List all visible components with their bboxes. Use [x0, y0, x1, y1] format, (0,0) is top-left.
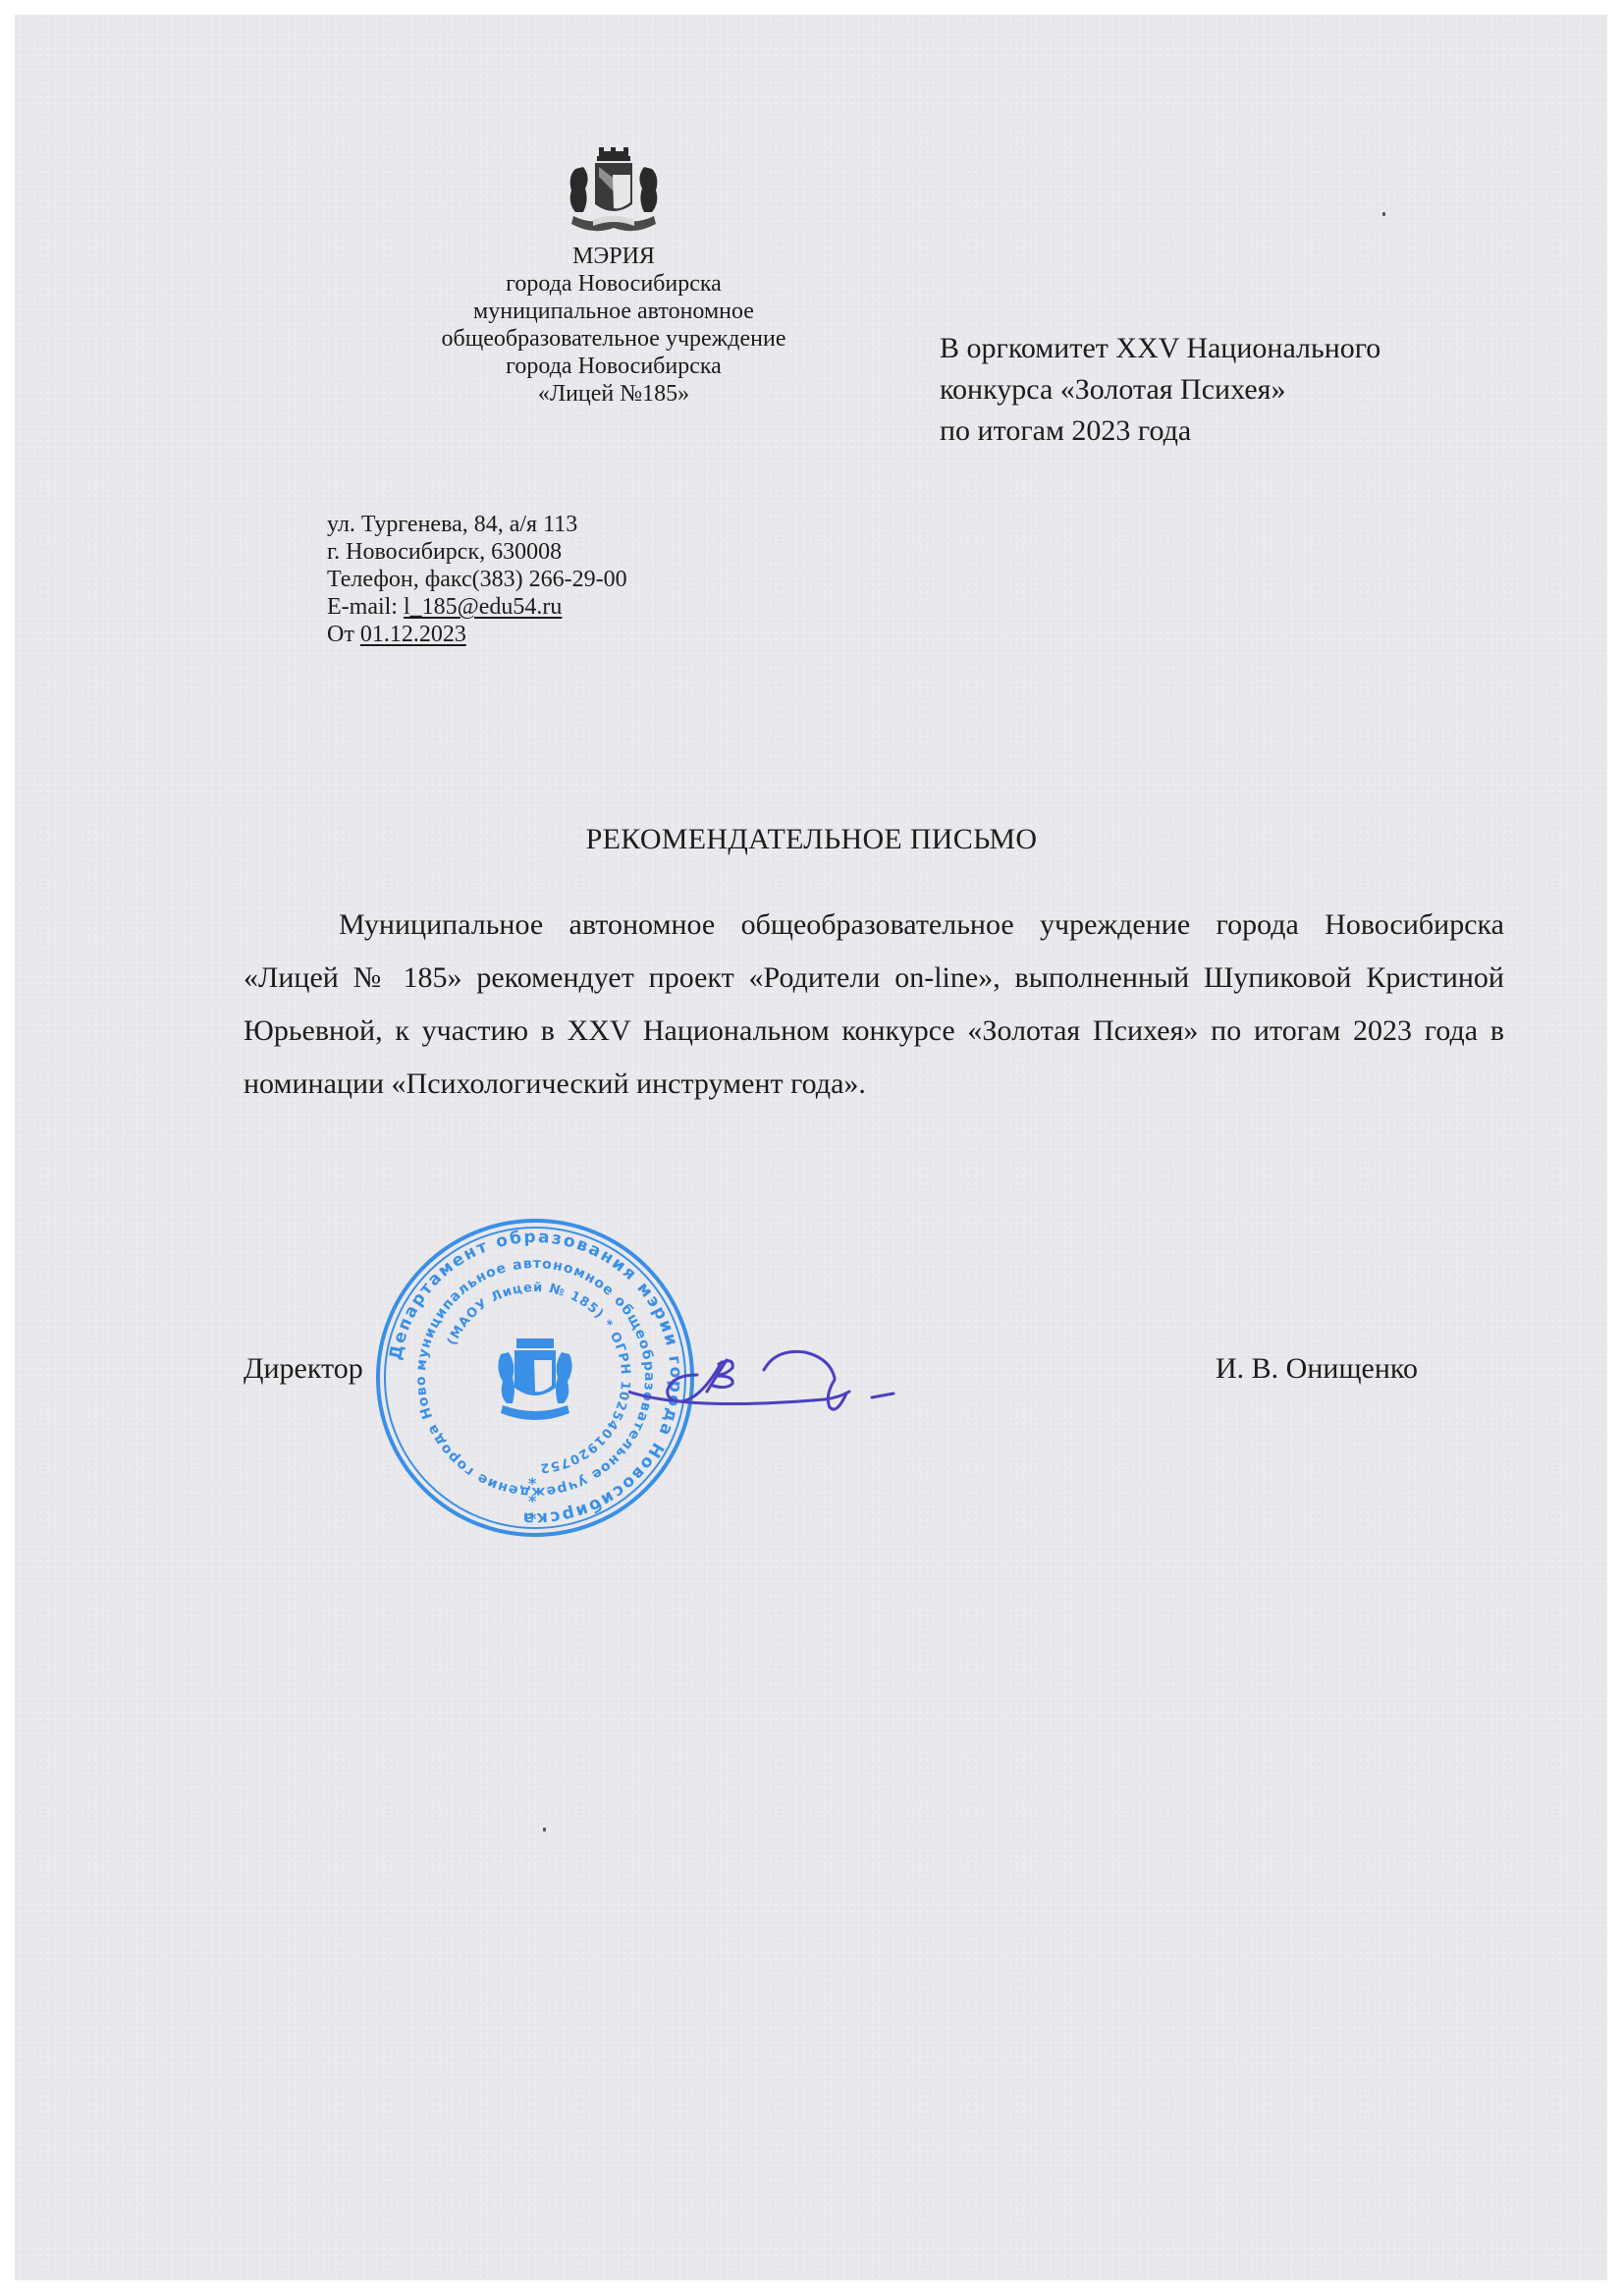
date-label: От — [327, 622, 360, 647]
sender-city: г. Новосибирск, 630008 — [327, 538, 838, 566]
letter-body: Муниципальное автономное общеобразовател… — [243, 899, 1504, 1111]
email-label: E-mail: — [327, 594, 404, 620]
letterhead-line: муниципальное автономное — [334, 298, 893, 325]
letterhead-line: МЭРИЯ — [334, 243, 893, 270]
svg-text:*: * — [528, 1474, 537, 1493]
svg-text:*: * — [528, 1492, 537, 1510]
sender-street: ул. Тургенева, 84, а/я 113 — [327, 511, 838, 538]
recipient-line: по итогам 2023 года — [940, 410, 1568, 452]
signatory-name: И. В. Онищенко — [1216, 1352, 1418, 1386]
sender-phone: Телефон, факс(383) 266-29-00 — [327, 566, 838, 593]
recipient: В оргкомитет XXV Национального конкурса … — [940, 328, 1568, 452]
recipient-line: конкурса «Золотая Психея» — [940, 369, 1568, 410]
sender-date-row: От 01.12.2023 — [327, 621, 838, 648]
email-link[interactable]: l_185@edu54.ru — [404, 594, 562, 620]
handwritten-signature — [628, 1321, 923, 1419]
letterhead-line: «Лицей №185» — [334, 380, 893, 408]
letterhead-line: города Новосибирска — [334, 270, 893, 298]
letter-date: 01.12.2023 — [360, 622, 466, 647]
sender-address: ул. Тургенева, 84, а/я 113 г. Новосибирс… — [327, 511, 838, 648]
signatory-role: Директор — [243, 1352, 363, 1386]
body-paragraph: Муниципальное автономное общеобразовател… — [243, 899, 1504, 1111]
letterhead: МЭРИЯ города Новосибирска муниципальное … — [334, 243, 893, 408]
scan-speck — [1382, 212, 1385, 216]
coat-of-arms-icon — [564, 147, 664, 238]
svg-text:*: * — [528, 1509, 537, 1528]
letter-title: РЕКОМЕНДАТЕЛЬНОЕ ПИСЬМО — [0, 823, 1623, 856]
recipient-line: В оргкомитет XXV Национального — [940, 328, 1568, 369]
letterhead-line: города Новосибирска — [334, 353, 893, 380]
sender-email-row: E-mail: l_185@edu54.ru — [327, 593, 838, 621]
scan-speck — [543, 1828, 546, 1831]
letterhead-line: общеобразовательное учреждение — [334, 325, 893, 353]
